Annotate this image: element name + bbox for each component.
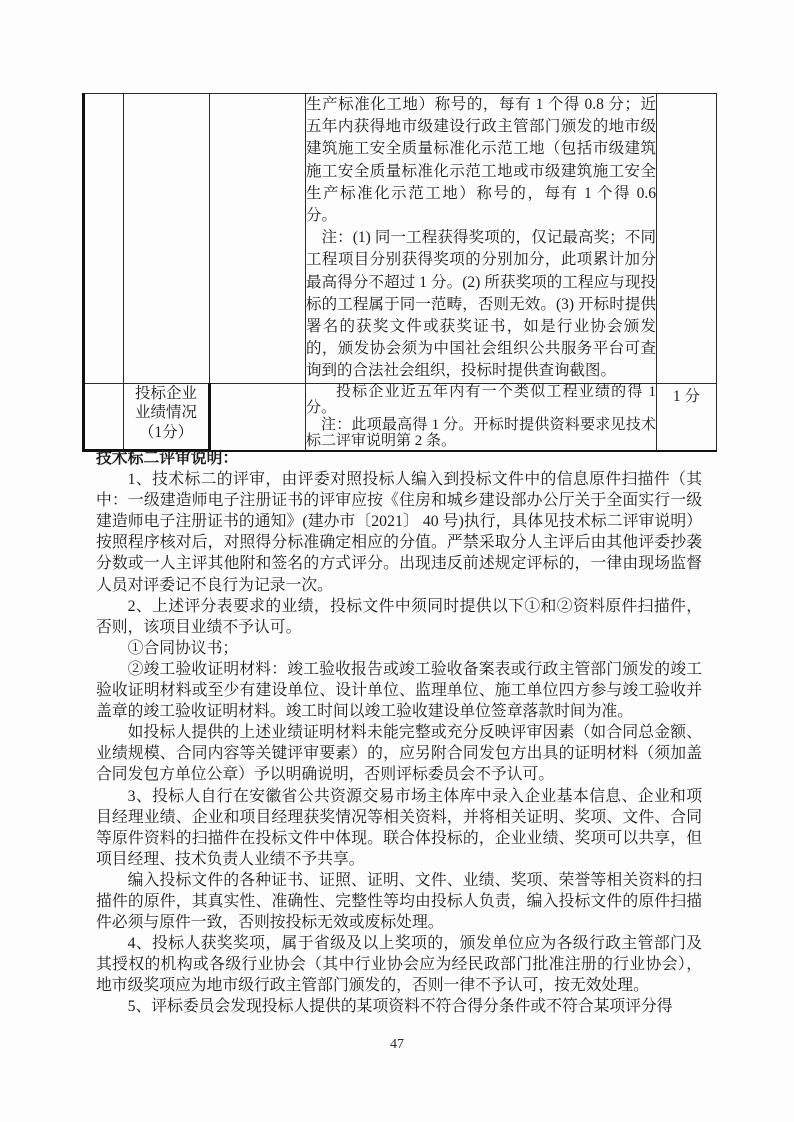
notes-heading: 技术标二评审说明： bbox=[96, 448, 702, 469]
notes-paragraph-8: 4、投标人获奖奖项，属于省级及以上奖项的，颁发单位应为各级行政主管部门及其授权的… bbox=[96, 933, 702, 996]
notes-paragraph-2: 2、上述评分表要求的业绩，投标文件中须同时提供以下①和②资料原件扫描件，否则，该… bbox=[96, 596, 702, 638]
row-index-cell-empty bbox=[84, 383, 124, 451]
table-row: 生产标准化工地）称号的，每有 1 个得 0.8 分；近五年内获得地市级建设行政主… bbox=[84, 94, 717, 384]
standard-cell-empty bbox=[210, 383, 306, 451]
evaluation-score-table: 生产标准化工地）称号的，每有 1 个得 0.8 分；近五年内获得地市级建设行政主… bbox=[82, 93, 717, 452]
criteria-cell-performance: 投标企业 业绩情况 （1分） bbox=[124, 383, 210, 451]
page-number: 47 bbox=[0, 1037, 794, 1053]
score-value: 1 分 bbox=[657, 383, 717, 451]
row-index-cell-empty bbox=[84, 94, 124, 384]
notes-paragraph-4: ②竣工验收证明材料：竣工验收报告或竣工验收备案表或行政主管部门颁发的竣工验收证明… bbox=[96, 659, 702, 722]
criteria-line: 投标企业 bbox=[124, 384, 208, 404]
performance-description-cell: 投标企业近五年内有一个类似工程业绩的得 1 分。 注：此项最高得 1 分。开标时… bbox=[306, 383, 657, 451]
scoring-description-continued: 生产标准化工地）称号的，每有 1 个得 0.8 分；近五年内获得地市级建设行政主… bbox=[306, 94, 656, 227]
performance-rule: 投标企业近五年内有一个类似工程业绩的得 1 分。 bbox=[306, 384, 656, 417]
table-row: 投标企业 业绩情况 （1分） 投标企业近五年内有一个类似工程业绩的得 1 分。 … bbox=[84, 383, 717, 451]
document-page: 生产标准化工地）称号的，每有 1 个得 0.8 分；近五年内获得地市级建设行政主… bbox=[0, 0, 794, 1122]
notes-paragraph-9: 5、评标委员会发现投标人提供的某项资料不符合得分条件或不符合某项评分得 bbox=[96, 996, 702, 1017]
performance-note: 注：此项最高得 1 分。开标时提供资料要求见技术标二评审说明第 2 条。 bbox=[306, 417, 656, 450]
notes-paragraph-1: 1、技术标二的评审，由评委对照投标人编入到投标文件中的信息原件扫描件（其中：一级… bbox=[96, 469, 702, 596]
evaluation-notes-section: 技术标二评审说明： 1、技术标二的评审，由评委对照投标人编入到投标文件中的信息原… bbox=[96, 448, 702, 1018]
criteria-line: （1分） bbox=[124, 423, 208, 443]
notes-paragraph-5: 如投标人提供的上述业绩证明材料未能完整或充分反映评审因素（如合同总金额、业绩规模… bbox=[96, 722, 702, 785]
criteria-cell-empty bbox=[124, 94, 210, 384]
standard-cell-empty bbox=[210, 94, 306, 384]
score-cell-empty bbox=[657, 94, 717, 384]
notes-paragraph-7: 编入投标文件的各种证书、证照、证明、文件、业绩、奖项、荣誉等相关资料的扫描件的原… bbox=[96, 870, 702, 933]
criteria-line: 业绩情况 bbox=[124, 403, 208, 423]
scoring-description-cell: 生产标准化工地）称号的，每有 1 个得 0.8 分；近五年内获得地市级建设行政主… bbox=[306, 94, 657, 384]
scoring-note: 注：(1) 同一工程获得奖项的，仅记最高奖；不同工程项目分别获得奖项的分别加分，… bbox=[306, 227, 656, 382]
notes-paragraph-3: ①合同协议书； bbox=[96, 638, 702, 659]
notes-paragraph-6: 3、投标人自行在安徽省公共资源交易市场主体库中录入企业基本信息、企业和项目经理业… bbox=[96, 786, 702, 870]
